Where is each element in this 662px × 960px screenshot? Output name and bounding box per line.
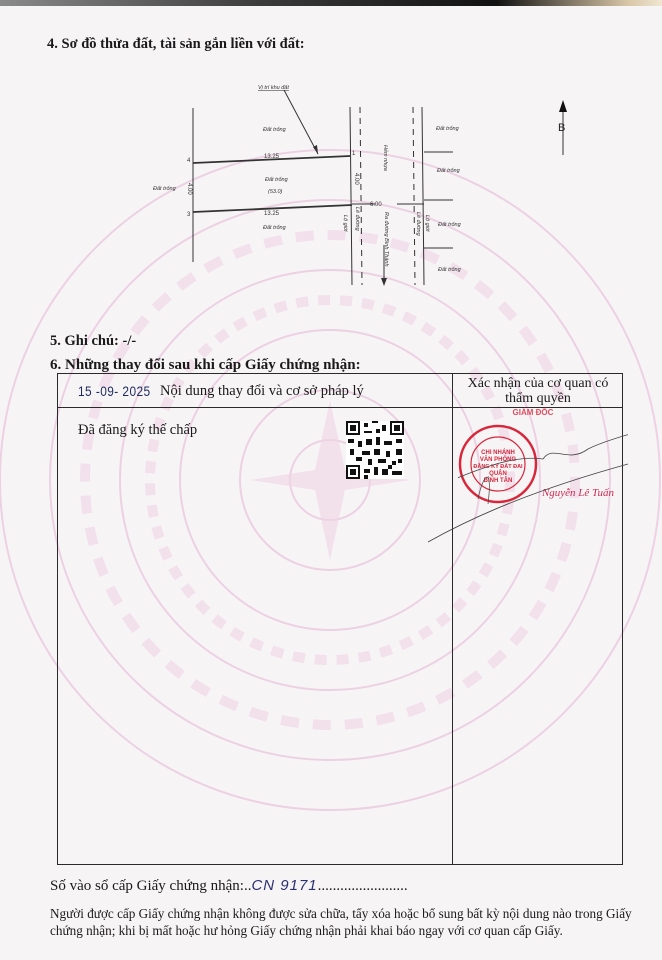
location-label: Vị trí khu đất bbox=[258, 84, 289, 91]
svg-text:13.25: 13.25 bbox=[264, 154, 280, 160]
svg-text:4.00: 4.00 bbox=[353, 173, 359, 185]
section-6-title: 6. Những thay đổi sau khi cấp Giấy chứng… bbox=[50, 357, 361, 374]
registration-label: Số vào sổ cấp Giấy chứng nhận: bbox=[50, 878, 244, 894]
north-label: B bbox=[558, 122, 565, 134]
svg-text:6.00: 6.00 bbox=[370, 202, 382, 208]
svg-text:Lộ giới: Lộ giới bbox=[342, 215, 348, 232]
svg-text:13.25: 13.25 bbox=[264, 211, 280, 217]
svg-text:(53.0): (53.0) bbox=[268, 189, 283, 195]
svg-text:Đất trống: Đất trống bbox=[265, 176, 289, 183]
signature-stroke bbox=[58, 374, 624, 866]
svg-text:Đất trống: Đất trống bbox=[263, 126, 287, 133]
registration-number-line: Số vào sổ cấp Giấy chứng nhận:..CN 9171.… bbox=[50, 877, 408, 895]
land-plot-diagram: Vị trí khu đất Đất trống Đất trống (53.0… bbox=[0, 0, 662, 300]
registration-number: CN 9171 bbox=[251, 877, 317, 894]
svg-text:Ra đường Bình Thành: Ra đường Bình Thành bbox=[383, 212, 389, 267]
changes-table: 15 -09- 2025 Nội dung thay đổi và cơ sở … bbox=[57, 373, 623, 865]
svg-text:Đất trống: Đất trống bbox=[438, 221, 462, 228]
svg-text:Đất trống: Đất trống bbox=[153, 185, 177, 192]
svg-text:Đất trống: Đất trống bbox=[263, 224, 287, 231]
svg-text:Đất trống: Đất trống bbox=[438, 266, 462, 273]
svg-text:Lề đường: Lề đường bbox=[354, 207, 360, 232]
section-5-title: 5. Ghi chú: -/- bbox=[50, 333, 136, 350]
svg-text:Đất trống: Đất trống bbox=[437, 167, 461, 174]
svg-text:Đất trống: Đất trống bbox=[436, 125, 460, 132]
svg-text:Lộ giới: Lộ giới bbox=[424, 215, 430, 232]
svg-text:1: 1 bbox=[352, 151, 356, 157]
notice-text: Người được cấp Giấy chứng nhận không đượ… bbox=[50, 905, 640, 939]
svg-text:4: 4 bbox=[187, 158, 191, 164]
svg-text:3: 3 bbox=[187, 212, 191, 218]
svg-text:4.00: 4.00 bbox=[186, 183, 192, 195]
svg-text:Lề đường: Lề đường bbox=[415, 212, 421, 237]
svg-text:Hẻm nhựa: Hẻm nhựa bbox=[382, 145, 389, 171]
